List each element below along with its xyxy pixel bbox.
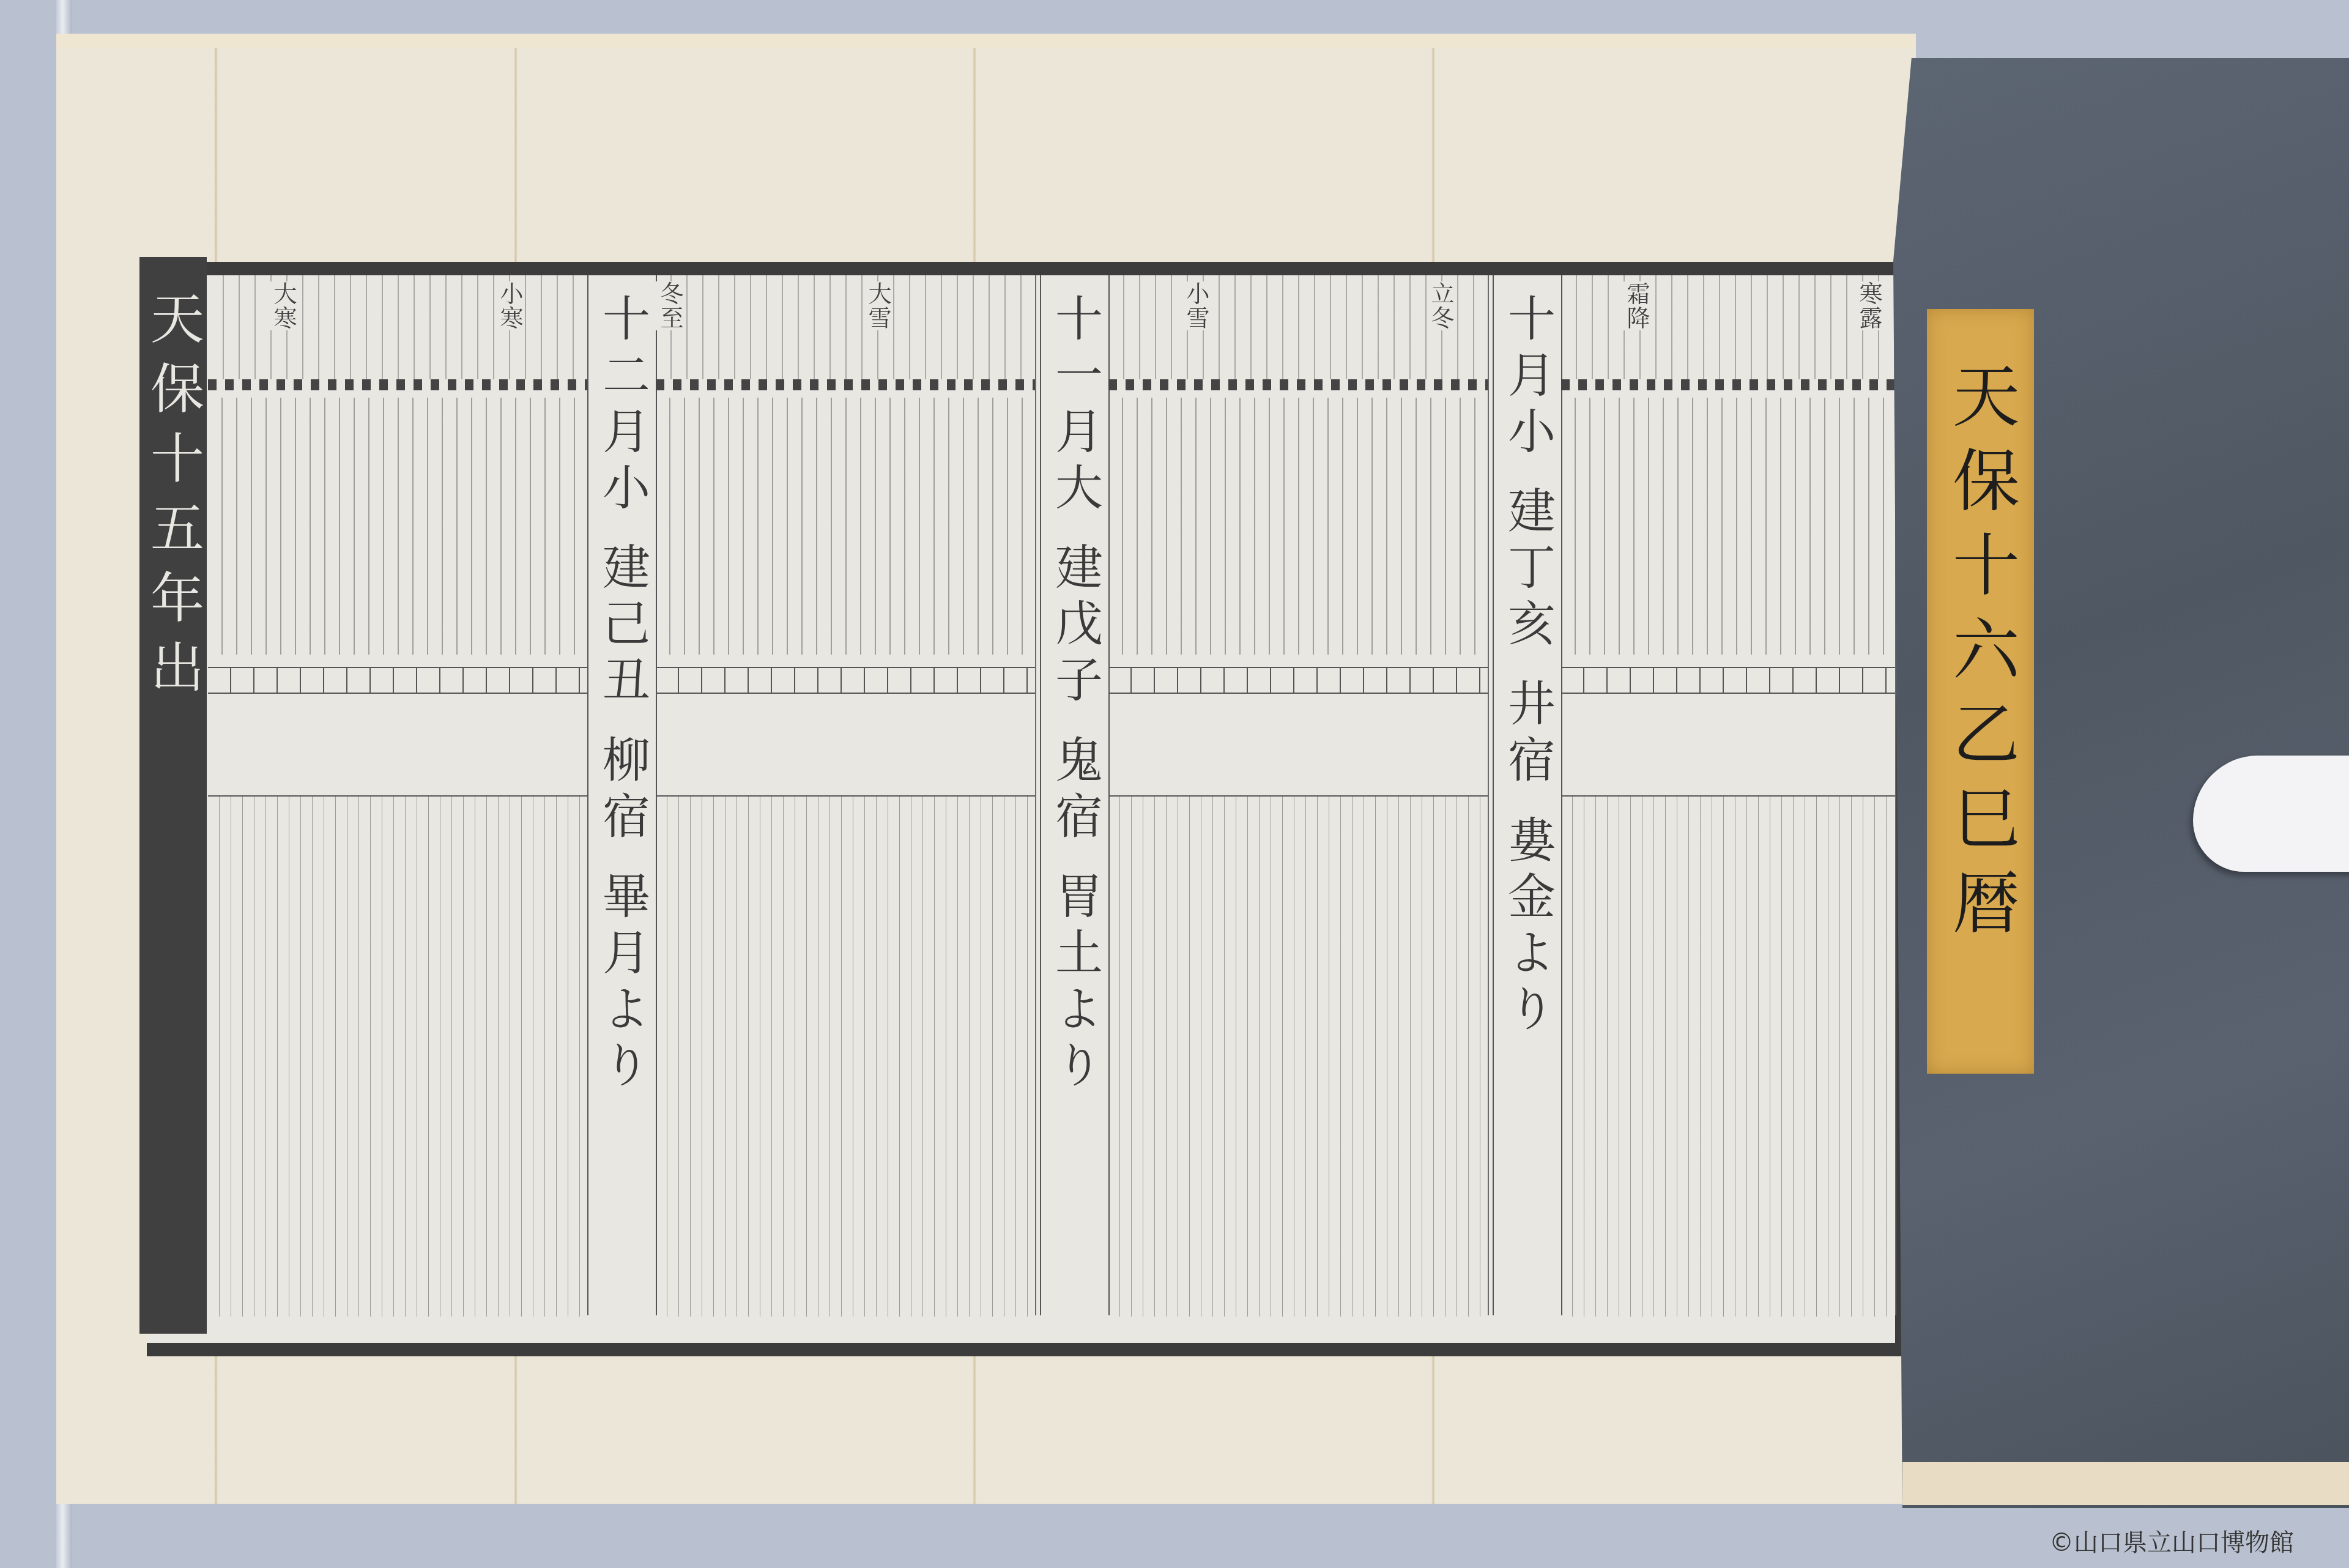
- annotation-area: [1108, 795, 1488, 1317]
- cover-edge: [1902, 1462, 2349, 1505]
- daily-entries: [1108, 398, 1488, 655]
- solar-term-kanro: 寒露: [1855, 281, 1883, 330]
- month-header-11: 十一月大 建戊子 鬼宿 胃土より: [1040, 275, 1110, 1315]
- gloved-finger: [2193, 756, 2349, 872]
- copyright-credit: ©山口県立山口博物館: [2049, 1523, 2294, 1558]
- weekday-row: [1561, 667, 1895, 694]
- day-columns-section: 霜降 寒露: [1561, 275, 1896, 1315]
- month-heading: 十二月小 建己丑 柳宿 畢月より: [588, 275, 656, 1096]
- cover-title: 天保十六乙巳暦: [1927, 309, 2034, 952]
- month-header-10: 十月小 建丁亥 井宿 婁金より: [1493, 275, 1562, 1315]
- annotation-area: [208, 795, 587, 1317]
- day-columns-section: 冬至 大雪: [656, 275, 1036, 1315]
- printed-title: 天保十五年出: [139, 291, 207, 709]
- month-heading: 十月小 建丁亥 井宿 婁金より: [1494, 275, 1561, 1040]
- solar-term-shokan: 小寒: [495, 281, 524, 330]
- sawtooth-border: [1108, 379, 1488, 390]
- date-ticks: [1561, 275, 1895, 379]
- sawtooth-border: [208, 379, 587, 390]
- day-columns-section: 大寒 小寒: [208, 275, 588, 1315]
- solar-term-ritto: 立冬: [1427, 281, 1455, 330]
- weekday-row: [656, 667, 1035, 694]
- daily-entries: [208, 398, 587, 655]
- title-band: 天保十五年出: [139, 257, 207, 1334]
- month-heading: 十一月大 建戊子 鬼宿 胃土より: [1041, 275, 1108, 1096]
- weekday-row: [208, 667, 587, 694]
- date-ticks: [656, 275, 1035, 379]
- annotation-area: [1561, 795, 1895, 1317]
- solar-term-toji: 冬至: [656, 281, 684, 330]
- daily-entries: [1561, 398, 1895, 655]
- solar-term-taisetsu: 大雪: [864, 281, 892, 330]
- annotation-area: [656, 795, 1035, 1317]
- solar-term-shosetsu: 小雪: [1182, 281, 1210, 330]
- weekday-row: [1108, 667, 1488, 694]
- daily-entries: [656, 398, 1035, 655]
- sawtooth-border: [1561, 379, 1895, 390]
- calendar-grid: 大寒 小寒 十二月小 建己丑 柳宿 畢月より 冬至 大雪 十一月大 建戊子 鬼宿…: [208, 275, 1895, 1315]
- date-ticks: [208, 275, 587, 379]
- solar-term-daikan: 大寒: [269, 281, 297, 330]
- day-columns-section: 小雪 立冬: [1108, 275, 1489, 1315]
- sawtooth-border: [656, 379, 1035, 390]
- cover-title-slip: 天保十六乙巳暦: [1927, 309, 2034, 1074]
- solar-term-soko: 霜降: [1622, 281, 1650, 330]
- month-header-12: 十二月小 建己丑 柳宿 畢月より: [587, 275, 657, 1315]
